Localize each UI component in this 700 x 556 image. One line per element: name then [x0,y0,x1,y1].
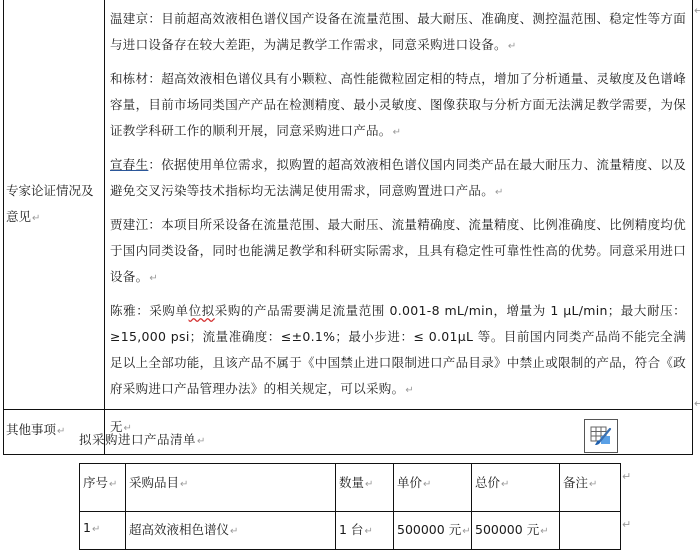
expert-name: 宣春生 [110,157,148,172]
paragraph-mark-icon: ↵ [149,273,158,284]
table-cell[interactable]: 1↵ [80,512,126,550]
paragraph-mark-icon: ↵ [508,41,517,52]
paragraph-mark-icon: ↵ [423,479,431,490]
paragraph-mark-icon: ↵ [230,526,238,537]
expert-label: 专家论证情况及意见 [6,183,94,224]
paragraph-mark-icon: ↵ [405,385,414,396]
table-cell[interactable]: 超高效液相色谱仪↵ [126,512,336,550]
table-cell[interactable] [560,512,621,550]
product-list-title-text: 拟采购进口产品清单 [79,432,196,447]
paragraph-mark-icon: ↵ [540,526,548,537]
paragraph-mark-icon: ↵ [393,127,402,138]
paragraph-mark-icon: ↵ [197,436,206,447]
table-cell[interactable]: 500000 元↵ [472,512,560,550]
expert-opinion-table: 专家论证情况及意见↵ 温建京：目前超高效液相色谱仪国产设备在流量范围、最大耐压、… [3,0,693,455]
opinion-paragraph[interactable]: 贾建江：本项目所采设备在流量范围、最大耐压、流量精确度、流量精度、比例准确度、比… [110,212,686,292]
expert-name: 温建京 [110,11,148,26]
paragraph-mark-icon: ↵ [57,426,65,437]
opinion-text: ：本项目所采设备在流量范围、最大耐压、流量精确度、流量精度、比例准确度、比例精度… [110,217,686,284]
opinion-text: ：目前超高效液相色谱仪国产设备在流量范围、最大耐压、准确度、测控温范围、稳定性等… [110,11,686,52]
paragraph-mark-icon: ↵ [364,526,372,537]
paragraph-mark-icon: ↵ [32,213,40,224]
header-cell: 序号↵ [80,464,126,512]
paragraph-mark-icon: ↵ [92,524,100,535]
header-cell: 总价↵ [472,464,560,512]
expert-content-cell[interactable]: 温建京：目前超高效液相色谱仪国产设备在流量范围、最大耐压、准确度、测控温范围、稳… [105,0,693,410]
product-list-table: 序号↵ 采购品目↵ 数量↵ 单价↵ 总价↵ 备注↵ 1↵ 超高效液相色谱仪↵ 1… [79,463,621,550]
paragraph-mark-icon: ↵ [495,187,504,198]
paragraph-mark-icon: ↵ [109,479,117,490]
opinion-paragraph[interactable]: 陈雅：采购单位拟采购的产品需要满足流量范围 0.001-8 mL/min，增量为… [110,298,686,404]
header-cell: 备注↵ [560,464,621,512]
table-cell[interactable]: 500000 元↵ [394,512,472,550]
header-cell: 数量↵ [336,464,394,512]
product-list-title: 拟采购进口产品清单↵ [79,430,206,448]
row-end-mark-icon: ↵ [622,518,631,531]
row-end-mark-icon: ← [694,4,700,17]
row-end-mark-icon: ← [694,397,700,410]
row-end-mark-icon: ↵ [622,470,631,483]
expert-name: 贾建江 [110,217,148,232]
table-cell[interactable]: 1 台↵ [336,512,394,550]
paragraph-mark-icon: ↵ [365,479,373,490]
header-cell: 单价↵ [394,464,472,512]
table-row: 1↵ 超高效液相色谱仪↵ 1 台↵ 500000 元↵ 500000 元↵ [80,512,621,550]
expert-name: 陈雅 [110,303,136,318]
other-label: 其他事项 [6,422,56,437]
table-header-row: 序号↵ 采购品目↵ 数量↵ 单价↵ 总价↵ 备注↵ [80,464,621,512]
opinion-paragraph[interactable]: 和栋材：超高效液相色谱仪具有小颗粒、高性能微粒固定相的特点，增加了分析通量、灵敏… [110,66,686,146]
expert-name: 和栋材 [110,71,148,86]
spellcheck-flagged-text[interactable]: 位拟 [189,303,215,318]
paragraph-mark-icon: ↵ [462,526,470,537]
table-paintbrush-icon [589,424,613,448]
opinion-paragraph[interactable]: 温建京：目前超高效液相色谱仪国产设备在流量范围、最大耐压、准确度、测控温范围、稳… [110,6,686,60]
paragraph-mark-icon: ↵ [501,479,509,490]
expert-row: 专家论证情况及意见↵ 温建京：目前超高效液相色谱仪国产设备在流量范围、最大耐压、… [4,0,693,410]
expert-label-cell: 专家论证情况及意见↵ [4,0,105,410]
opinion-text: ：采购单 [136,303,188,318]
opinion-paragraph[interactable]: 宣春生：依据使用单位需求，拟购置的超高效液相色谱仪国内同类产品在最大耐压力、流量… [110,152,686,206]
paragraph-mark-icon: ↵ [180,479,188,490]
paragraph-mark-icon: ↵ [589,479,597,490]
opinion-text: ：依据使用单位需求，拟购置的超高效液相色谱仪国内同类产品在最大耐压力、流量精度、… [110,157,686,198]
header-cell: 采购品目↵ [126,464,336,512]
table-style-button[interactable] [584,419,618,453]
